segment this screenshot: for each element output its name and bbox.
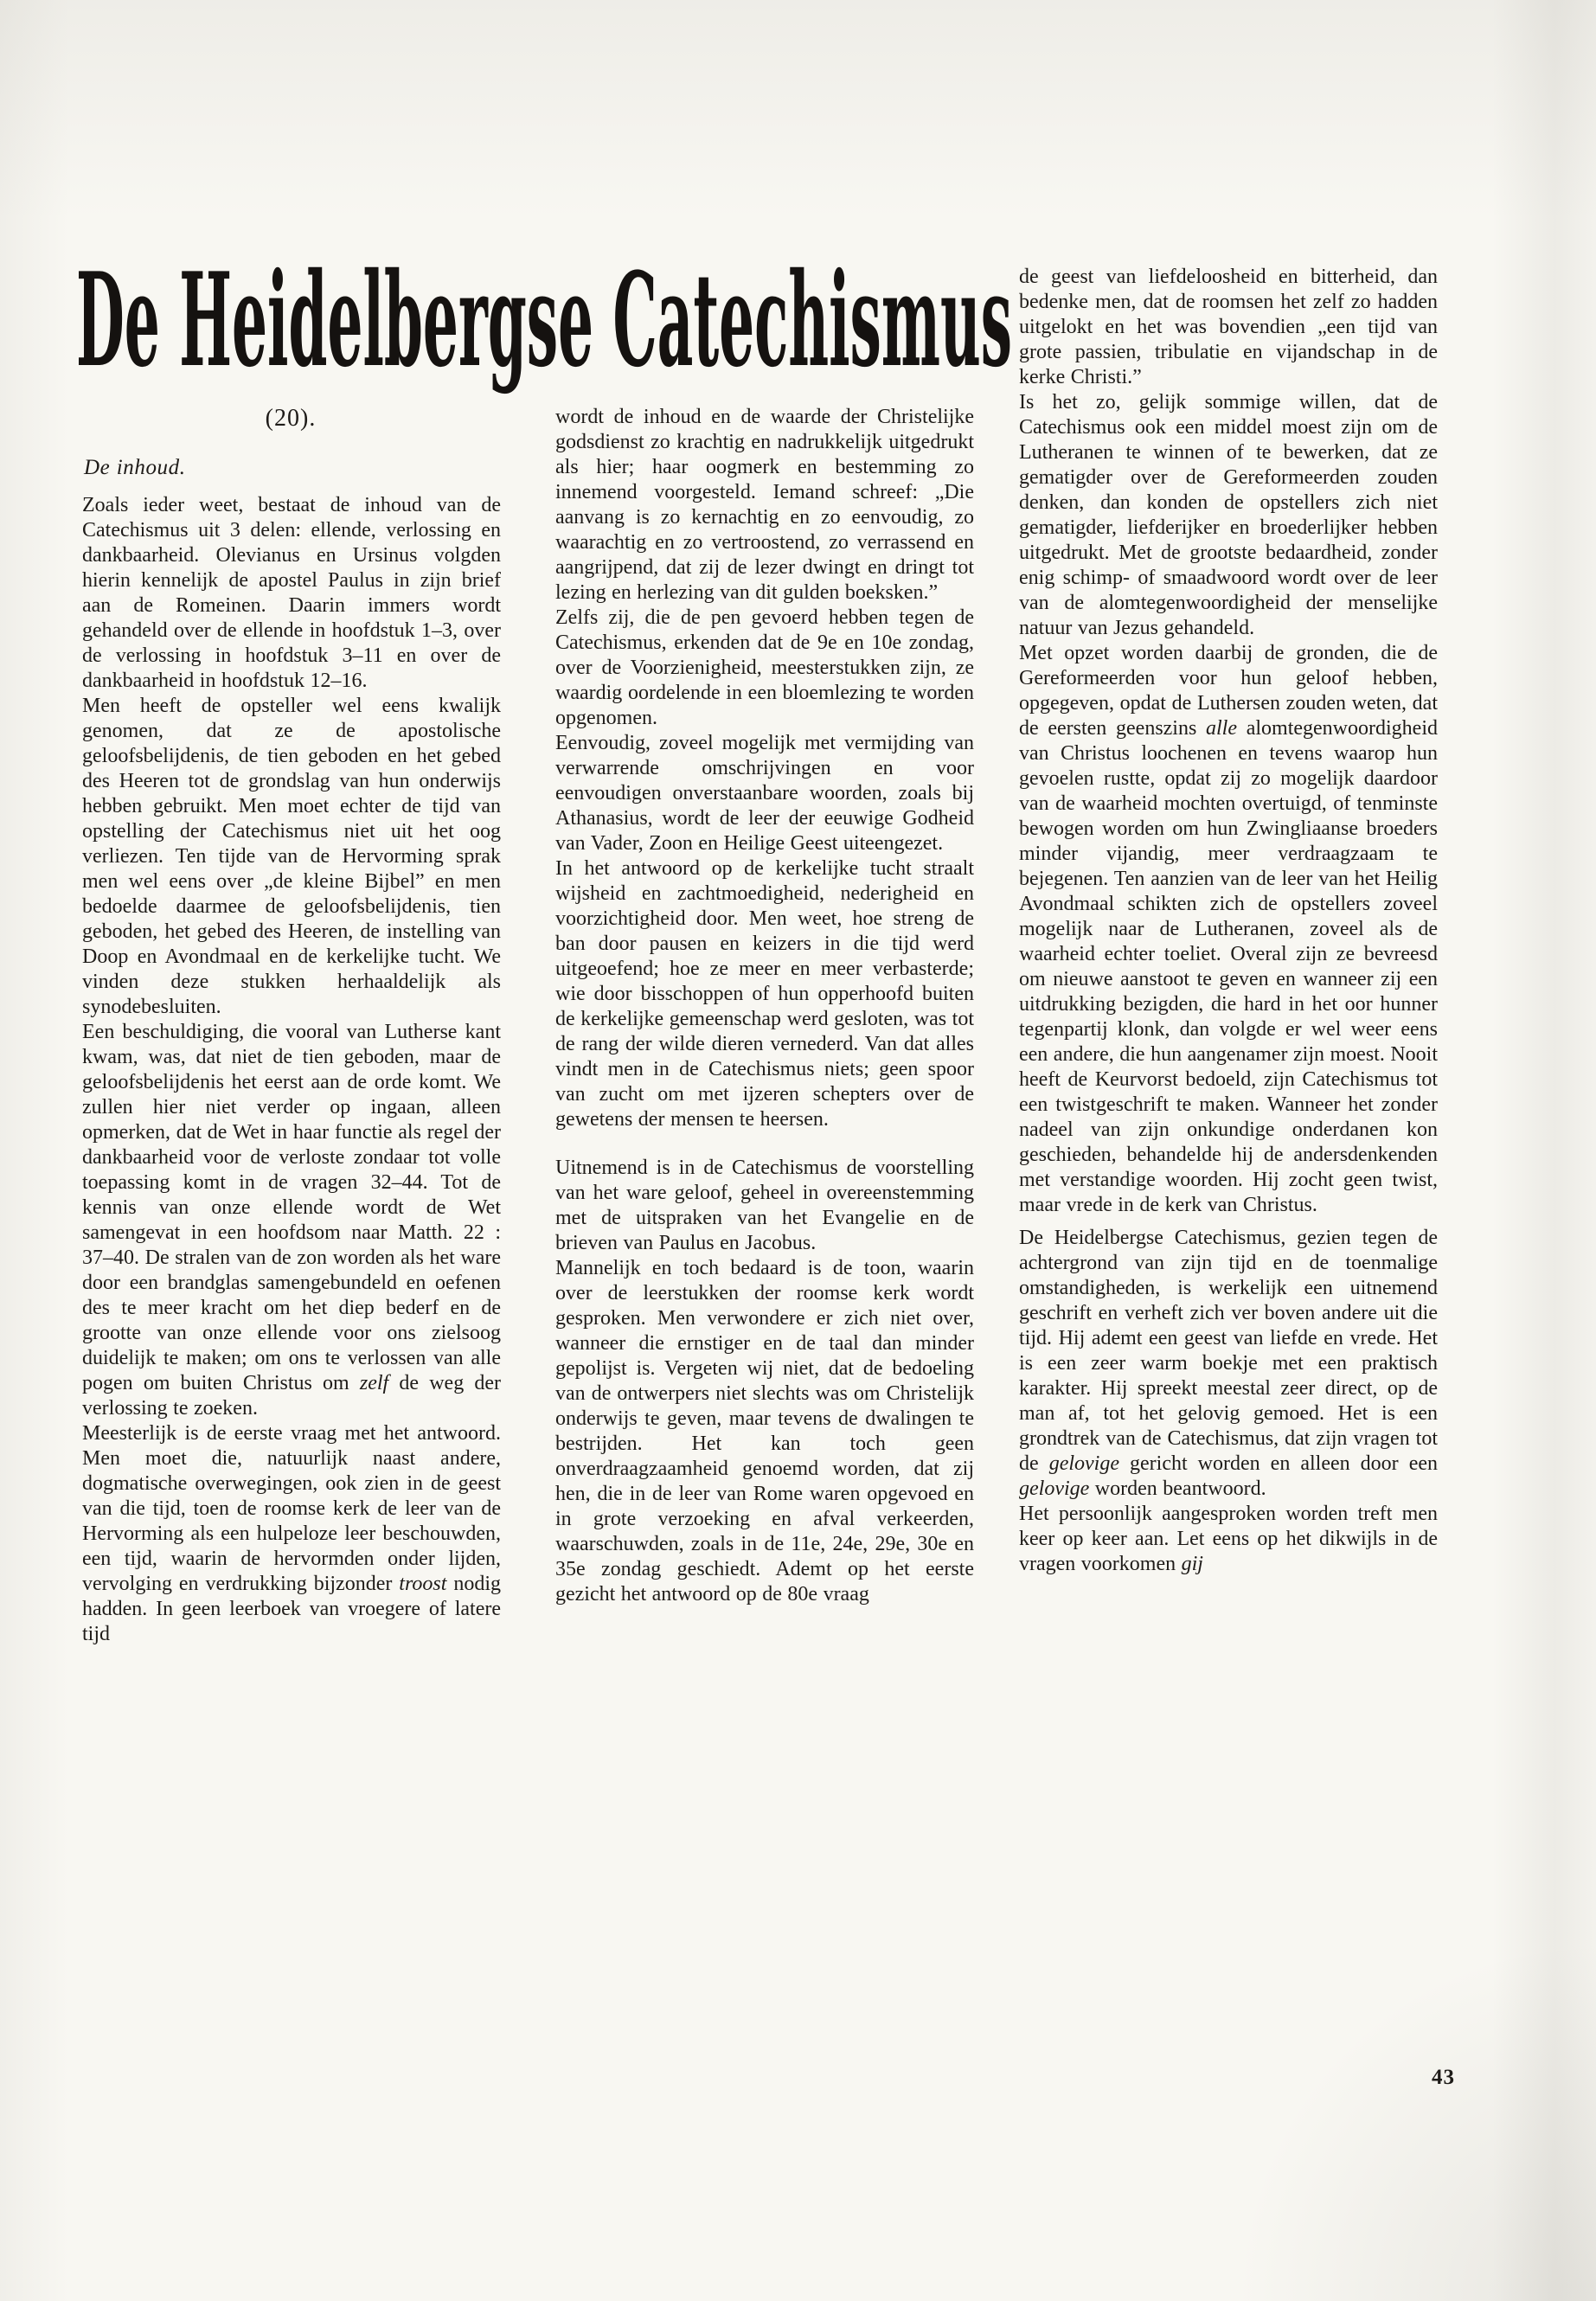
paragraph: Zoals ieder weet, bestaat de inhoud van … bbox=[82, 493, 501, 694]
scanned-magazine-page: De Heidelbergse Catechismus (20). De inh… bbox=[0, 0, 1596, 2301]
paragraph: Uitnemend is in de Catechismus de voorst… bbox=[555, 1156, 974, 1256]
paragraph: De Heidelbergse Catechismus, gezien tege… bbox=[1019, 1226, 1438, 1502]
section-heading: De inhoud. bbox=[84, 455, 501, 481]
paragraph: Met opzet worden daarbij de gronden, die… bbox=[1019, 641, 1438, 1218]
column-2: wordt de inhoud en de waarde der Christe… bbox=[555, 405, 974, 1607]
page-number: 43 bbox=[1432, 2066, 1484, 2090]
paragraph: In het antwoord op de kerkelijke tucht s… bbox=[555, 856, 974, 1132]
article-title: De Heidelbergse Catechismus bbox=[74, 260, 1022, 411]
scan-shade-right-edge bbox=[1492, 0, 1596, 2301]
column-1-paragraphs: Zoals ieder weet, bestaat de inhoud van … bbox=[82, 493, 501, 1647]
column-3: de geest van liefdeloosheid en bitterhei… bbox=[1019, 265, 1438, 1577]
article-title-text: De Heidelbergse Catechismus bbox=[76, 245, 1012, 396]
installment-number: (20). bbox=[82, 405, 499, 433]
paragraph: Het persoonlijk aangesproken worden tref… bbox=[1019, 1502, 1438, 1577]
paragraph: wordt de inhoud en de waarde der Christe… bbox=[555, 405, 974, 606]
scan-shade-bottom-right bbox=[1233, 1938, 1596, 2301]
paragraph: Meesterlijk is de eerste vraag met het a… bbox=[82, 1421, 501, 1647]
paragraph: Een beschuldiging, die vooral van Luther… bbox=[82, 1020, 501, 1421]
paragraph: Zelfs zij, die de pen gevoerd hebben teg… bbox=[555, 606, 974, 731]
scan-shade-left bbox=[0, 0, 69, 2301]
paragraph: Men heeft de opsteller wel eens kwalijk … bbox=[82, 694, 501, 1020]
column-3-paragraphs: de geest van liefdeloosheid en bitterhei… bbox=[1019, 265, 1438, 1577]
scan-shade-top bbox=[0, 0, 1596, 260]
paragraph: Is het zo, gelijk sommige willen, dat de… bbox=[1019, 390, 1438, 641]
column-2-paragraphs: wordt de inhoud en de waarde der Christe… bbox=[555, 405, 974, 1607]
column-1: De inhoud. Zoals ieder weet, bestaat de … bbox=[82, 455, 501, 1647]
paragraph: Mannelijk en toch bedaard is de toon, wa… bbox=[555, 1256, 974, 1607]
paragraph: de geest van liefdeloosheid en bitterhei… bbox=[1019, 265, 1438, 390]
paragraph: Eenvoudig, zoveel mogelijk met vermijdin… bbox=[555, 731, 974, 856]
